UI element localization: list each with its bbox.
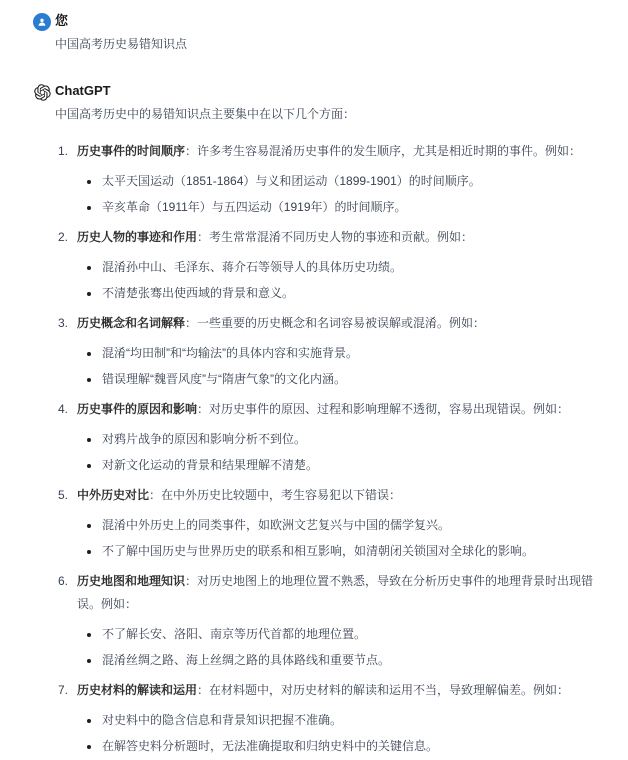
item-desc: ：一些重要的历史概念和名词容易被误解或混淆。例如：	[185, 316, 485, 330]
example-item: 在解答史料分析题时，无法准确提取和归纳史料中的关键信息。	[77, 735, 602, 758]
user-avatar	[33, 13, 51, 31]
example-list: 对史料中的隐含信息和背景知识把握不准确。 在解答史料分析题时，无法准确提取和归纳…	[77, 709, 602, 758]
item-heading: 历史事件的原因和影响：对历史事件的原因、过程和影响理解不透彻，容易出现错误。例如…	[77, 398, 602, 421]
assistant-message: ChatGPT 中国高考历史中的易错知识点主要集中在以下几个方面： 1. 历史事…	[33, 82, 602, 760]
list-item-3: 3. 历史概念和名词解释：一些重要的历史概念和名词容易被误解或混淆。例如： 混淆…	[55, 312, 602, 398]
item-title: 历史事件的时间顺序	[77, 144, 185, 158]
item-heading: 历史概念和名词解释：一些重要的历史概念和名词容易被误解或混淆。例如：	[77, 312, 602, 335]
item-desc: ：在材料题中，对历史材料的解读和运用不当，导致理解偏差。例如：	[197, 683, 569, 697]
item-heading: 历史事件的时间顺序：许多考生容易混淆历史事件的发生顺序，尤其是相近时期的事件。例…	[77, 140, 602, 163]
example-item: 不了解长安、洛阳、南京等历代首都的地理位置。	[77, 623, 602, 646]
item-title: 中外历史对比	[77, 488, 149, 502]
example-item: 混淆中外历史上的同类事件，如欧洲文艺复兴与中国的儒学复兴。	[77, 514, 602, 537]
list-item-4: 4. 历史事件的原因和影响：对历史事件的原因、过程和影响理解不透彻，容易出现错误…	[55, 398, 602, 484]
item-number: 5.	[58, 484, 77, 570]
item-heading: 中外历史对比：在中外历史比较题中，考生容易犯以下错误：	[77, 484, 602, 507]
user-person-icon	[37, 17, 47, 27]
example-item: 对史料中的隐含信息和背景知识把握不准确。	[77, 709, 602, 732]
example-list: 混淆“均田制”和“均输法”的具体内容和实施背景。 错误理解“魏晋风度”与“隋唐气…	[77, 342, 602, 391]
item-number: 4.	[58, 398, 77, 484]
example-item: 混淆“均田制”和“均输法”的具体内容和实施背景。	[77, 342, 602, 365]
item-title: 历史地图和地理知识	[77, 574, 185, 588]
item-heading: 历史地图和地理知识：对历史地图上的地理位置不熟悉，导致在分析历史事件的地理背景时…	[77, 570, 602, 616]
example-list: 混淆中外历史上的同类事件，如欧洲文艺复兴与中国的儒学复兴。 不了解中国历史与世界…	[77, 514, 602, 563]
user-name-label: 您	[55, 12, 602, 30]
item-heading: 历史人物的事迹和作用：考生常常混淆不同历史人物的事迹和贡献。例如：	[77, 226, 602, 249]
item-number: 6.	[58, 570, 77, 679]
item-title: 历史人物的事迹和作用	[77, 230, 197, 244]
example-item: 对鸦片战争的原因和影响分析不到位。	[77, 428, 602, 451]
list-item-7: 7. 历史材料的解读和运用：在材料题中，对历史材料的解读和运用不当，导致理解偏差…	[55, 679, 602, 760]
assistant-name-label: ChatGPT	[55, 82, 602, 100]
example-item: 不清楚张骞出使西域的背景和意义。	[77, 282, 602, 305]
list-item-6: 6. 历史地图和地理知识：对历史地图上的地理位置不熟悉，导致在分析历史事件的地理…	[55, 570, 602, 679]
example-list: 太平天国运动（1851-1864）与义和团运动（1899-1901）的时间顺序。…	[77, 170, 602, 219]
example-item: 错误理解“魏晋风度”与“隋唐气象”的文化内涵。	[77, 368, 602, 391]
list-item-2: 2. 历史人物的事迹和作用：考生常常混淆不同历史人物的事迹和贡献。例如： 混淆孙…	[55, 226, 602, 312]
example-item: 混淆孙中山、毛泽东、蒋介石等领导人的具体历史功绩。	[77, 256, 602, 279]
item-number: 1.	[58, 140, 77, 226]
example-item: 辛亥革命（1911年）与五四运动（1919年）的时间顺序。	[77, 196, 602, 219]
example-item: 混淆丝绸之路、海上丝绸之路的具体路线和重要节点。	[77, 649, 602, 672]
example-item: 太平天国运动（1851-1864）与义和团运动（1899-1901）的时间顺序。	[77, 170, 602, 193]
user-message: 您 中国高考历史易错知识点	[33, 12, 602, 53]
item-desc: ：考生常常混淆不同历史人物的事迹和贡献。例如：	[197, 230, 473, 244]
example-list: 混淆孙中山、毛泽东、蒋介石等领导人的具体历史功绩。 不清楚张骞出使西域的背景和意…	[77, 256, 602, 305]
conversation: 您 中国高考历史易错知识点 ChatGPT 中国高考历史中的易错知识点主要集中在…	[0, 0, 628, 760]
example-item: 不了解中国历史与世界历史的联系和相互影响，如清朝闭关锁国对全球化的影响。	[77, 540, 602, 563]
example-list: 对鸦片战争的原因和影响分析不到位。 对新文化运动的背景和结果理解不清楚。	[77, 428, 602, 477]
item-title: 历史材料的解读和运用	[77, 683, 197, 697]
item-desc: ：许多考生容易混淆历史事件的发生顺序，尤其是相近时期的事件。例如：	[185, 144, 581, 158]
item-number: 3.	[58, 312, 77, 398]
list-item-5: 5. 中外历史对比：在中外历史比较题中，考生容易犯以下错误： 混淆中外历史上的同…	[55, 484, 602, 570]
item-title: 历史概念和名词解释	[77, 316, 185, 330]
item-desc: ：对历史事件的原因、过程和影响理解不透彻，容易出现错误。例如：	[197, 402, 569, 416]
item-number: 7.	[58, 679, 77, 760]
item-desc: ：在中外历史比较题中，考生容易犯以下错误：	[149, 488, 401, 502]
assistant-avatar	[33, 83, 51, 101]
list-item-1: 1. 历史事件的时间顺序：许多考生容易混淆历史事件的发生顺序，尤其是相近时期的事…	[55, 140, 602, 226]
example-item: 对新文化运动的背景和结果理解不清楚。	[77, 454, 602, 477]
item-heading: 历史材料的解读和运用：在材料题中，对历史材料的解读和运用不当，导致理解偏差。例如…	[77, 679, 602, 702]
knowledge-point-list: 1. 历史事件的时间顺序：许多考生容易混淆历史事件的发生顺序，尤其是相近时期的事…	[55, 140, 602, 760]
user-message-text: 中国高考历史易错知识点	[55, 35, 602, 53]
item-number: 2.	[58, 226, 77, 312]
chatgpt-openai-logo-icon	[34, 84, 51, 101]
item-title: 历史事件的原因和影响	[77, 402, 197, 416]
assistant-intro-text: 中国高考历史中的易错知识点主要集中在以下几个方面：	[55, 105, 602, 123]
example-list: 不了解长安、洛阳、南京等历代首都的地理位置。 混淆丝绸之路、海上丝绸之路的具体路…	[77, 623, 602, 672]
